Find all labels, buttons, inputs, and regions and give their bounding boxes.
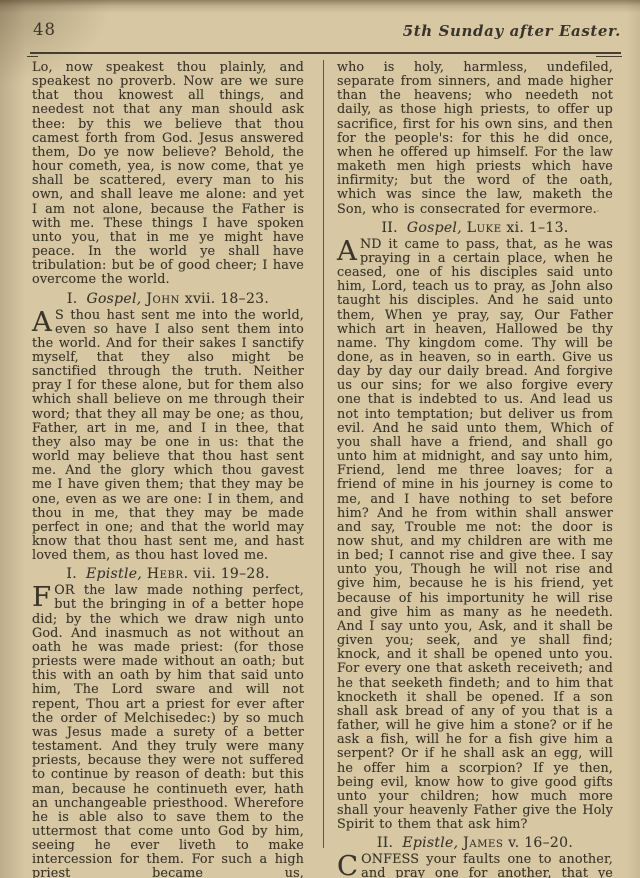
heading-number: II. [377, 835, 393, 851]
column-divider [323, 60, 324, 848]
heading-kind: Gospel, [407, 220, 462, 236]
heading-book: Hebr. [147, 566, 189, 582]
header-rule-dash-left [27, 56, 38, 57]
paragraph-continuation-left: Lo, now speakest thou plainly, and speak… [32, 61, 304, 288]
drop-cap: C [337, 853, 361, 878]
heading-gospel-1: I.Gospel, John xvii. 18–23. [32, 291, 304, 307]
paragraph-gospel-2: AND it came to pass, that, as he was pra… [337, 238, 613, 833]
drop-cap: A [337, 238, 360, 266]
heading-book: Luke [467, 220, 502, 236]
header-rule-dash-right [596, 56, 622, 57]
paragraph-epistle-2: CONFESS your faults one to another, and … [337, 853, 613, 878]
heading-epistle-2: II.Epistle, James v. 16–20. [337, 835, 613, 851]
paragraph-gospel-1: AS thou hast sent me into the world, eve… [32, 309, 304, 564]
heading-kind: Gospel, [86, 291, 141, 307]
running-title: 5th Sunday after Easter. [403, 22, 621, 40]
heading-ref: xvii. 18–23. [185, 291, 269, 307]
heading-number: I. [66, 566, 77, 582]
heading-ref: v. 16–20. [508, 835, 573, 851]
heading-kind: Epistle, [402, 835, 458, 851]
heading-book: John [146, 291, 180, 307]
heading-book: James [463, 835, 503, 851]
heading-epistle-1: I.Epistle, Hebr. vii. 19–28. [32, 566, 304, 582]
paragraph-continuation-right: who is holy, harmless, undefiled, separa… [337, 61, 613, 217]
heading-number: I. [67, 291, 78, 307]
heading-ref: vii. 19–28. [193, 566, 269, 582]
left-column: Lo, now speakest thou plainly, and speak… [32, 61, 304, 878]
heading-kind: Epistle, [86, 566, 142, 582]
page-number: 48 [33, 20, 56, 39]
drop-cap: A [32, 309, 55, 337]
ink-speck [597, 210, 599, 212]
right-column: who is holy, harmless, undefiled, separa… [337, 61, 613, 878]
paragraph-text: S thou hast sent me into the world, even… [32, 308, 304, 564]
heading-number: II. [381, 220, 397, 236]
paragraph-epistle-1: FOR the law made nothing perfect, but th… [32, 584, 304, 878]
header-rule [30, 52, 621, 54]
heading-ref: xi. 1–13. [506, 220, 568, 236]
book-page: 48 5th Sunday after Easter. Lo, now spea… [0, 0, 640, 878]
ink-speck [126, 861, 129, 863]
paragraph-text: ONFESS your faults one to another, and p… [361, 852, 613, 878]
paragraph-text: ND it came to pass, that, as he was pray… [337, 237, 613, 832]
drop-cap: F [32, 584, 54, 612]
heading-gospel-2: II.Gospel, Luke xi. 1–13. [337, 220, 613, 236]
paragraph-text: OR the law made nothing perfect, but the… [32, 583, 304, 878]
